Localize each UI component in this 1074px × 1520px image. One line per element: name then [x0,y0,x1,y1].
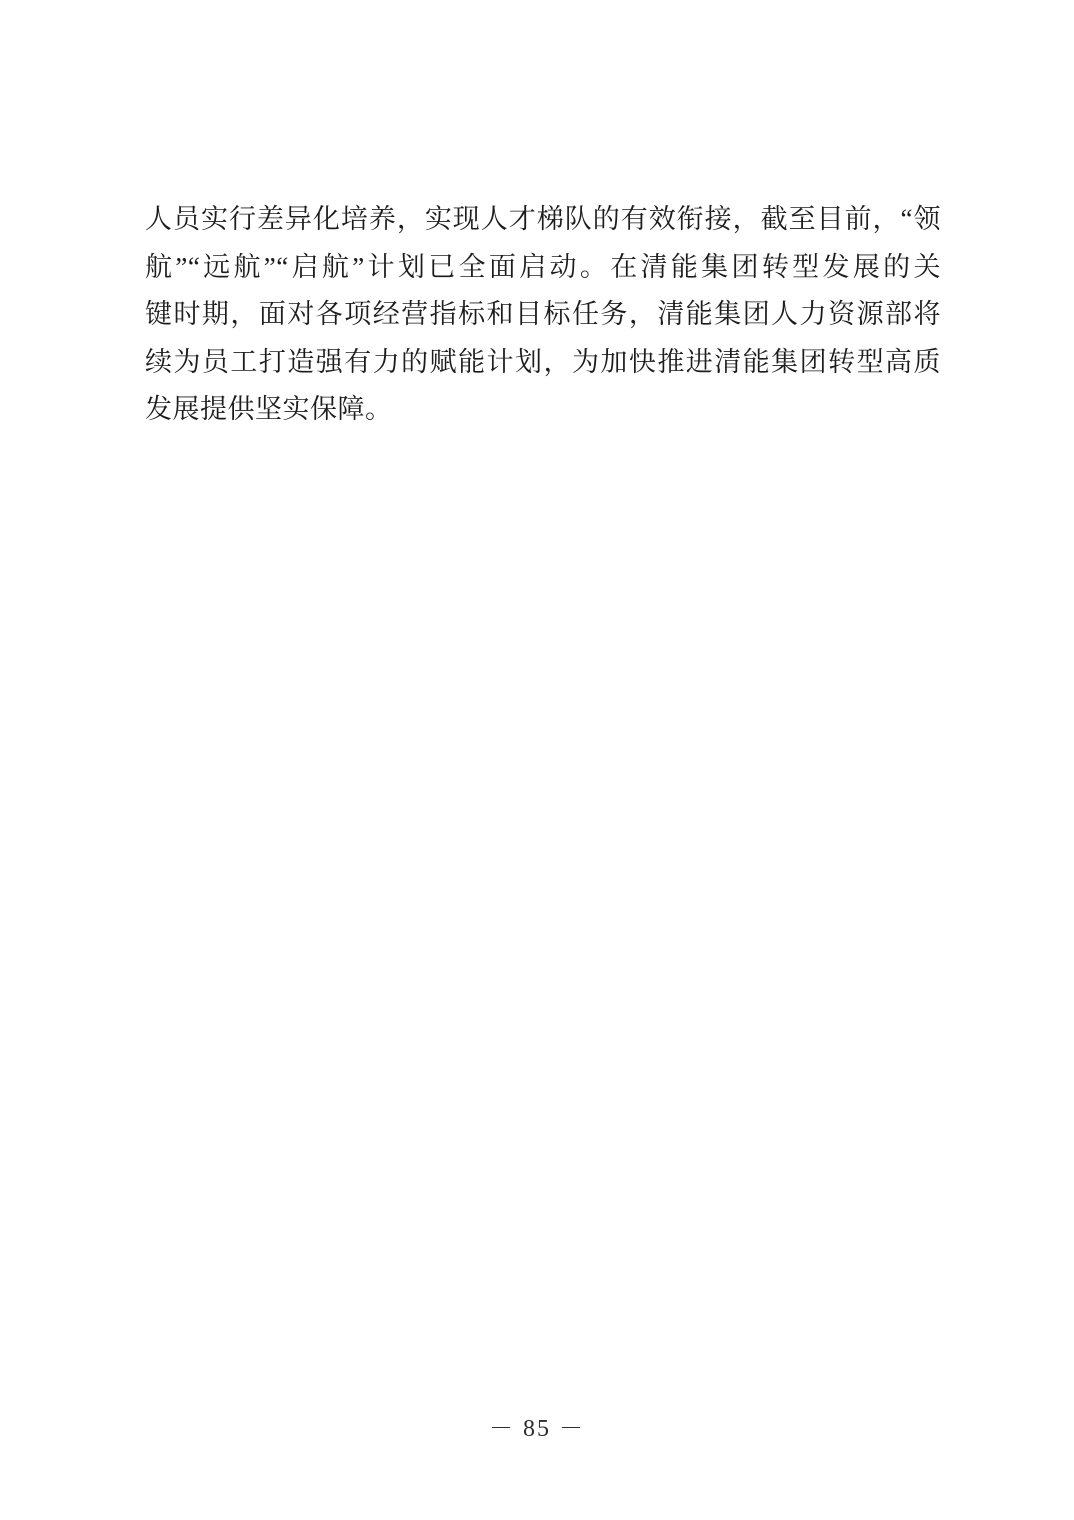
paragraph-line: 航”“远航”“启航”计划已全面启动。在清能集团转型发展的关 [145,244,941,292]
paragraph-line: 续为员工打造强有力的赋能计划，为加快推进清能集团转型高质量 [145,339,941,387]
page-footer: － 85 － [0,1408,1074,1443]
paragraph-line: 发展提供坚实保障。 [145,386,941,434]
page-number: － 85 － [489,1416,585,1442]
body-paragraph: 人员实行差异化培养，实现人才梯队的有效衔接，截至目前，“领 航”“远航”“启航”… [145,196,941,434]
document-page: 人员实行差异化培养，实现人才梯队的有效衔接，截至目前，“领 航”“远航”“启航”… [0,0,1074,1520]
paragraph-line: 人员实行差异化培养，实现人才梯队的有效衔接，截至目前，“领 [145,196,941,244]
paragraph-line: 键时期，面对各项经营指标和目标任务，清能集团人力资源部将继 [145,291,941,339]
